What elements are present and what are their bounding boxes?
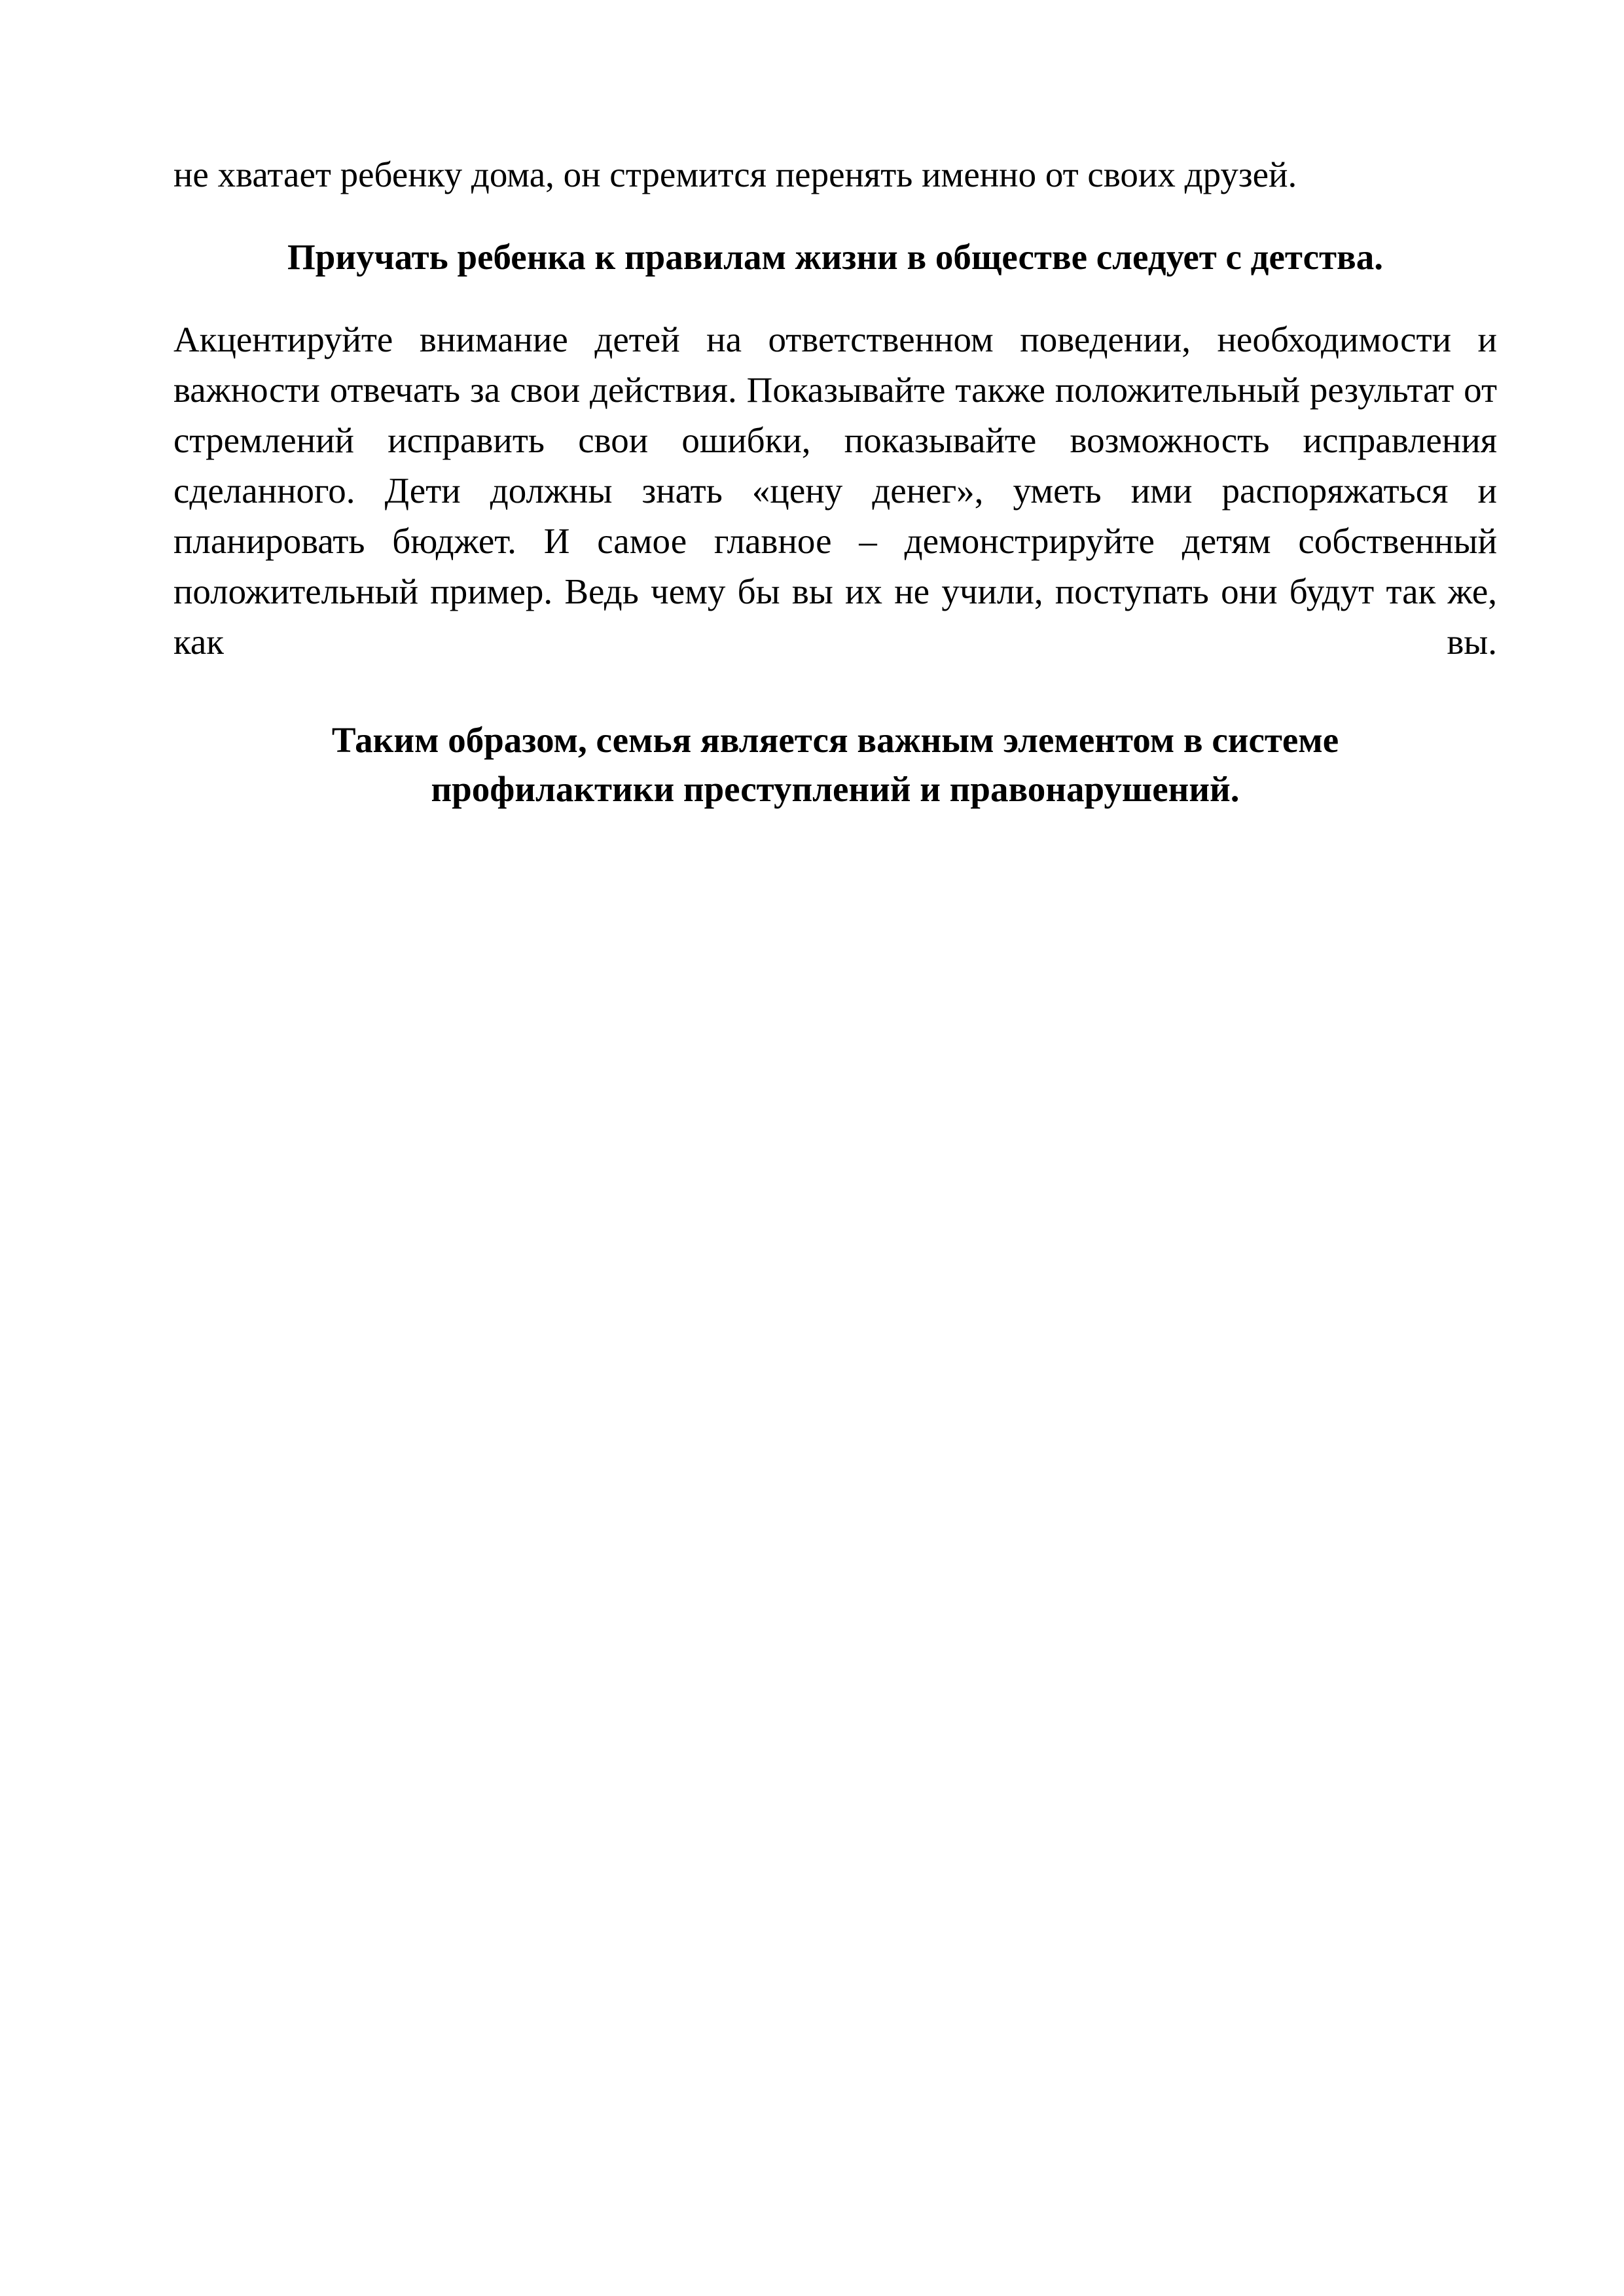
conclusion-line-1: Таким образом, семья является важным эле… <box>173 715 1497 764</box>
document-page: не хватает ребенку дома, он стремится пе… <box>173 149 1497 814</box>
section-heading: Приучать ребенка к правилам жизни в обще… <box>173 232 1497 282</box>
advice-paragraph: Акцентируйте внимание детей на ответстве… <box>173 314 1497 667</box>
conclusion-line-2: профилактики преступлений и правонарушен… <box>173 764 1497 814</box>
continuation-paragraph: не хватает ребенку дома, он стремится пе… <box>173 149 1497 200</box>
conclusion-heading: Таким образом, семья является важным эле… <box>173 715 1497 814</box>
